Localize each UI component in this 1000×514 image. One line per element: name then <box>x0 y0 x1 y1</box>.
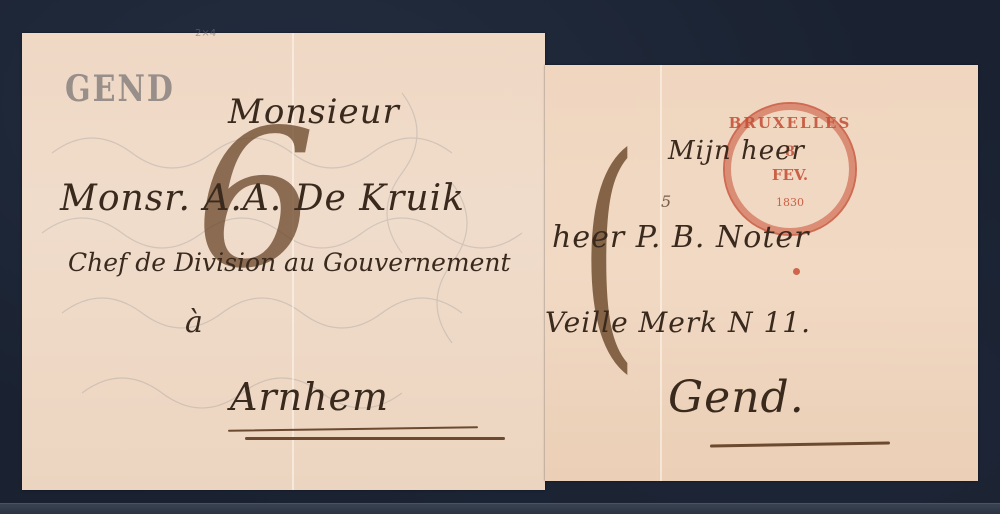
pencil-note: 2×4 <box>195 28 216 39</box>
fold-line <box>660 65 662 481</box>
postmark-month: FEV. <box>725 166 855 184</box>
postmark-town: BRUXELLES <box>725 114 855 132</box>
address-line-1: Monsieur <box>228 92 400 132</box>
gend-handstamp: GEND <box>65 69 175 111</box>
address-line-4: Gend. <box>668 372 805 423</box>
rate-mark-right: 5 <box>661 192 672 211</box>
address-line-4: à <box>185 305 204 340</box>
bruxelles-postmark: BRUXELLES 8 FEV. 1830 <box>723 102 857 236</box>
address-line-2: heer P. B. Noter <box>552 220 809 255</box>
address-line-1: Mijn heer <box>668 136 805 166</box>
address-line-3: Chef de Division au Gouvernement <box>68 248 511 277</box>
address-line-2: Monsr. A.A. De Kruik <box>60 178 465 219</box>
postmark-year: 1830 <box>725 196 855 209</box>
address-line-3: Veille Merk N 11. <box>545 306 811 339</box>
underline-2 <box>245 437 505 440</box>
address-line-5: Arnhem <box>230 375 389 419</box>
red-ink-spot <box>793 268 800 275</box>
mount-edge-strip <box>0 503 1000 514</box>
